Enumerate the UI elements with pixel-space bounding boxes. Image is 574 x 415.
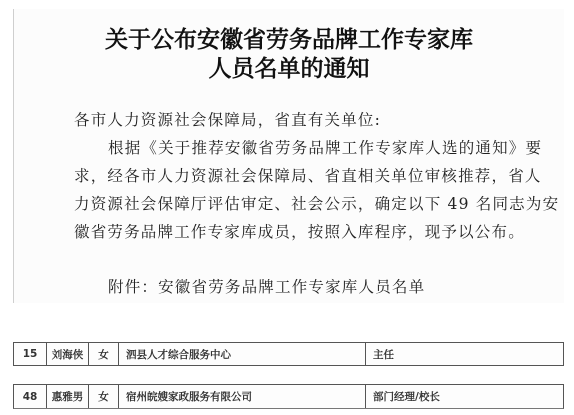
paragraph-line-2: 求，经各市人力资源社会保障局、省直相关单位审核推荐，省人 — [74, 164, 542, 186]
cell-name: 刘海侠 — [47, 343, 89, 365]
cell-position: 主任 — [366, 343, 563, 365]
cell-number: 15 — [14, 343, 47, 365]
document-page: 关于公布安徽省劳务品牌工作专家库 人员名单的通知 各市人力资源社会保障局，省直有… — [13, 9, 564, 303]
attachment-line: 附件：安徽省劳务品牌工作专家库人员名单 — [108, 275, 425, 297]
table-row: 15 刘海侠 女 泗县人才综合服务中心 主任 — [13, 342, 564, 366]
salutation: 各市人力资源社会保障局，省直有关单位: — [74, 108, 381, 130]
cell-gender: 女 — [89, 343, 119, 365]
document-title-line-2: 人员名单的通知 — [14, 50, 564, 83]
cell-organization: 泗县人才综合服务中心 — [119, 343, 366, 365]
paragraph-line-4: 徽省劳务品牌工作专家库成员，按照入库程序，现予以公布。 — [74, 220, 525, 242]
cell-organization: 宿州皖嫂家政服务有限公司 — [119, 385, 366, 408]
cell-name: 惠雅男 — [47, 385, 89, 408]
cell-number: 48 — [14, 385, 47, 408]
paragraph-line-1: 根据《关于推荐安徽省劳务品牌工作专家库人选的通知》要 — [108, 136, 542, 158]
cell-position: 部门经理/校长 — [366, 385, 563, 408]
cell-gender: 女 — [89, 385, 119, 408]
paragraph-line-3: 力资源社会保障厅评估审定、社会公示，确定以下 49 名同志为安 — [74, 192, 559, 214]
table-row: 48 惠雅男 女 宿州皖嫂家政服务有限公司 部门经理/校长 — [13, 384, 564, 409]
